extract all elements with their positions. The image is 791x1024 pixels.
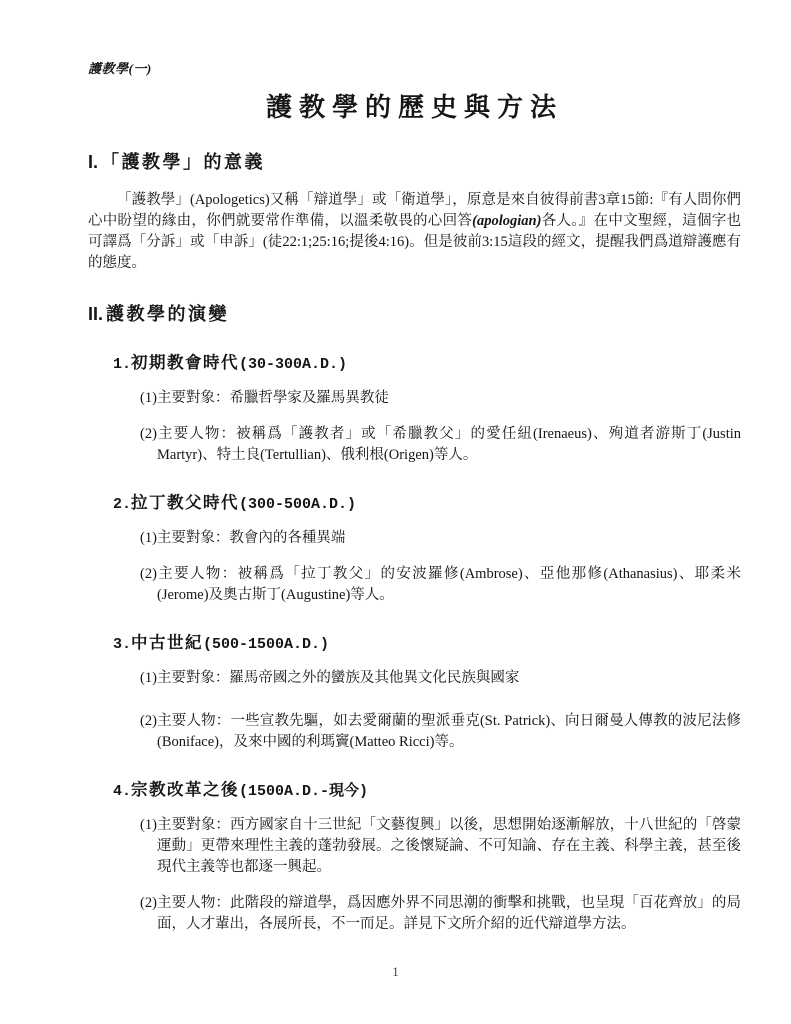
- era-point-figures: (2)主要人物：被稱爲「拉丁教父」的安波羅修(Ambrose)、亞他那修(Ath…: [140, 564, 741, 606]
- era-name: 拉丁教父時代: [131, 493, 239, 512]
- section-heading-evolution: II.護教學的演變: [88, 300, 741, 326]
- era-early-church: 1.初期教會時代(30-300A.D.) (1)主要對象：希臘哲學家及羅馬異教徒…: [88, 349, 741, 466]
- point-text: 主要人物：此階段的辯道學，爲因應外界不同思潮的衝擊和挑戰，也呈現「百花齊放」的局…: [157, 895, 741, 932]
- intro-paragraph: 「護教學」(Apologetics)又稱「辯道學」或「衛道學」，原意是來自彼得前…: [88, 190, 741, 274]
- era-name: 中古世紀: [131, 633, 203, 652]
- section-evolution: II.護教學的演變 1.初期教會時代(30-300A.D.) (1)主要對象：希…: [88, 300, 741, 935]
- point-text: 主要對象：羅馬帝國之外的蠻族及其他異文化民族與國家: [157, 670, 520, 686]
- point-text: 主要對象：西方國家自十三世紀「文藝復興」以後，思想開始逐漸解放，十八世紀的「啓蒙…: [157, 817, 741, 875]
- point-text: 主要人物：被稱爲「拉丁教父」的安波羅修(Ambrose)、亞他那修(Athana…: [157, 566, 741, 603]
- document-content: 護教學(一) 護教學的歷史與方法 I.「護教學」的意義 「護教學」(Apolog…: [0, 0, 791, 935]
- section-heading-meaning: I.「護教學」的意義: [88, 148, 741, 174]
- section-number: II.: [88, 304, 103, 324]
- point-text: 主要人物：一些宣教先驅，如去愛爾蘭的聖派垂克(St. Patrick)、向日爾曼…: [157, 713, 741, 750]
- era-name: 初期教會時代: [131, 353, 239, 372]
- era-point-targets: (1)主要對象：希臘哲學家及羅馬異教徒: [140, 388, 741, 409]
- era-point-targets: (1)主要對象：教會內的各種異端: [140, 528, 741, 549]
- era-point-targets: (1)主要對象：西方國家自十三世紀「文藝復興」以後，思想開始逐漸解放，十八世紀的…: [140, 815, 741, 878]
- era-number: 2.: [113, 496, 131, 513]
- era-point-figures: (2)主要人物：被稱爲「護教者」或「希臘教父」的愛任紐(Irenaeus)、殉道…: [140, 424, 741, 466]
- intro-emphasis-apologian: (apologian): [472, 213, 541, 229]
- point-marker: (2): [140, 713, 157, 729]
- point-marker: (1): [140, 530, 157, 546]
- point-marker: (1): [140, 390, 157, 406]
- point-text: 主要對象：教會內的各種異端: [157, 530, 346, 546]
- era-number: 3.: [113, 636, 131, 653]
- point-marker: (2): [140, 426, 157, 442]
- section-heading-text: 護教學的演變: [106, 304, 229, 324]
- era-post-reformation: 4.宗教改革之後(1500A.D.-現今) (1)主要對象：西方國家自十三世紀「…: [88, 776, 741, 935]
- era-heading: 3.中古世紀(500-1500A.D.): [113, 629, 741, 653]
- point-marker: (1): [140, 817, 157, 833]
- era-number: 1.: [113, 356, 131, 373]
- era-heading: 4.宗教改革之後(1500A.D.-現今): [113, 776, 741, 800]
- section-number: I.: [88, 152, 98, 172]
- point-text: 主要對象：希臘哲學家及羅馬異教徒: [157, 390, 389, 406]
- era-number: 4.: [113, 783, 131, 800]
- point-marker: (2): [140, 566, 157, 582]
- era-latin-fathers: 2.拉丁教父時代(300-500A.D.) (1)主要對象：教會內的各種異端 (…: [88, 489, 741, 606]
- era-period: (30-300A.D.): [239, 356, 347, 373]
- era-name: 宗教改革之後: [131, 780, 239, 799]
- era-period: (300-500A.D.): [239, 496, 356, 513]
- document-page: 護教學(一) 護教學的歷史與方法 I.「護教學」的意義 「護教學」(Apolog…: [0, 0, 791, 1024]
- running-header: 護教學(一): [88, 58, 741, 77]
- era-heading: 2.拉丁教父時代(300-500A.D.): [113, 489, 741, 513]
- document-title: 護教學的歷史與方法: [88, 87, 741, 124]
- era-middle-ages: 3.中古世紀(500-1500A.D.) (1)主要對象：羅馬帝國之外的蠻族及其…: [88, 629, 741, 753]
- era-point-targets: (1)主要對象：羅馬帝國之外的蠻族及其他異文化民族與國家: [140, 668, 741, 689]
- point-marker: (2): [140, 895, 157, 911]
- section-heading-text: 「護教學」的意義: [101, 152, 265, 172]
- era-period: (500-1500A.D.): [203, 636, 329, 653]
- point-marker: (1): [140, 670, 157, 686]
- era-heading: 1.初期教會時代(30-300A.D.): [113, 349, 741, 373]
- point-text: 主要人物：被稱爲「護教者」或「希臘教父」的愛任紐(Irenaeus)、殉道者游斯…: [157, 426, 741, 463]
- era-point-figures: (2)主要人物：一些宣教先驅，如去愛爾蘭的聖派垂克(St. Patrick)、向…: [140, 711, 741, 753]
- era-point-figures: (2)主要人物：此階段的辯道學，爲因應外界不同思潮的衝擊和挑戰，也呈現「百花齊放…: [140, 893, 741, 935]
- page-number: 1: [0, 965, 791, 980]
- era-period: (1500A.D.-現今): [239, 783, 368, 800]
